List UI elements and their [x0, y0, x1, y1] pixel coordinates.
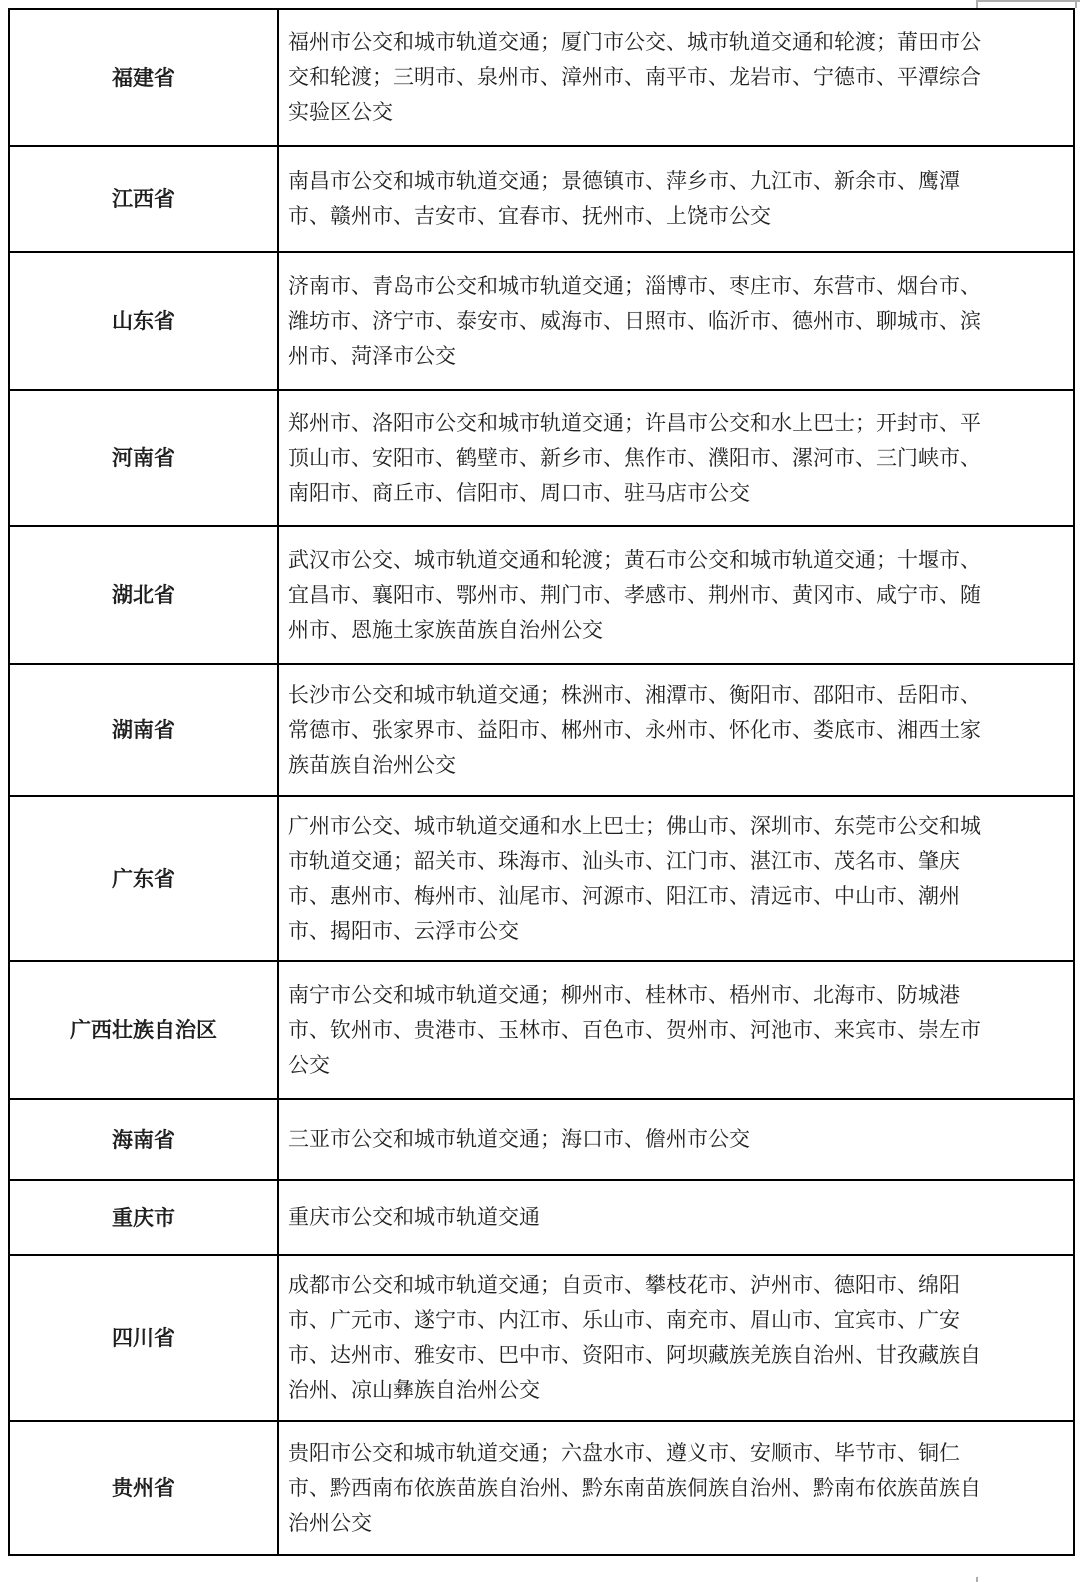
- province-cell: 福建省: [10, 10, 279, 145]
- coverage-text: 南昌市公交和城市轨道交通；景德镇市、萍乡市、九江市、新余市、鹰潭市、赣州市、吉安…: [288, 164, 987, 234]
- province-cell: 湖北省: [10, 527, 279, 663]
- coverage-cell: 南昌市公交和城市轨道交通；景德镇市、萍乡市、九江市、新余市、鹰潭市、赣州市、吉安…: [279, 147, 1073, 251]
- province-name: 福建省: [112, 63, 175, 93]
- coverage-cell: 贵阳市公交和城市轨道交通；六盘水市、遵义市、安顺市、毕节市、铜仁市、黔西南布依族…: [279, 1422, 1073, 1554]
- coverage-text: 贵阳市公交和城市轨道交通；六盘水市、遵义市、安顺市、毕节市、铜仁市、黔西南布依族…: [288, 1436, 987, 1541]
- province-name: 江西省: [112, 184, 175, 214]
- table-row: 四川省 成都市公交和城市轨道交通；自贡市、攀枝花市、泸州市、德阳市、绵阳市、广元…: [10, 1254, 1073, 1420]
- province-name: 广东省: [112, 864, 175, 894]
- province-cell: 重庆市: [10, 1181, 279, 1254]
- province-name: 河南省: [112, 443, 175, 473]
- province-cell: 贵州省: [10, 1422, 279, 1554]
- table-row: 福建省 福州市公交和城市轨道交通；厦门市公交、城市轨道交通和轮渡；莆田市公交和轮…: [10, 10, 1073, 145]
- coverage-cell: 成都市公交和城市轨道交通；自贡市、攀枝花市、泸州市、德阳市、绵阳市、广元市、遂宁…: [279, 1256, 1073, 1420]
- coverage-text: 福州市公交和城市轨道交通；厦门市公交、城市轨道交通和轮渡；莆田市公交和轮渡；三明…: [288, 25, 987, 130]
- cropped-cell-border-top-left: [976, 0, 978, 8]
- table-row: 山东省 济南市、青岛市公交和城市轨道交通；淄博市、枣庄市、东营市、烟台市、潍坊市…: [10, 251, 1073, 389]
- province-name: 四川省: [112, 1323, 175, 1353]
- province-cell: 广西壮族自治区: [10, 962, 279, 1098]
- coverage-text: 广州市公交、城市轨道交通和水上巴士；佛山市、深圳市、东莞市公交和城市轨道交通；韶…: [288, 809, 987, 949]
- table-row: 贵州省 贵阳市公交和城市轨道交通；六盘水市、遵义市、安顺市、毕节市、铜仁市、黔西…: [10, 1420, 1073, 1554]
- table-row: 重庆市 重庆市公交和城市轨道交通: [10, 1179, 1073, 1254]
- province-name: 重庆市: [112, 1203, 175, 1233]
- coverage-cell: 济南市、青岛市公交和城市轨道交通；淄博市、枣庄市、东营市、烟台市、潍坊市、济宁市…: [279, 253, 1073, 389]
- coverage-text: 武汉市公交、城市轨道交通和轮渡；黄石市公交和城市轨道交通；十堰市、宜昌市、襄阳市…: [288, 543, 987, 648]
- coverage-cell: 武汉市公交、城市轨道交通和轮渡；黄石市公交和城市轨道交通；十堰市、宜昌市、襄阳市…: [279, 527, 1073, 663]
- cropped-cell-border-bottom: [976, 1577, 978, 1582]
- province-name: 湖南省: [112, 715, 175, 745]
- province-name: 山东省: [112, 306, 175, 336]
- province-name: 海南省: [112, 1125, 175, 1155]
- coverage-cell: 福州市公交和城市轨道交通；厦门市公交、城市轨道交通和轮渡；莆田市公交和轮渡；三明…: [279, 10, 1073, 145]
- table-row: 河南省 郑州市、洛阳市公交和城市轨道交通；许昌市公交和水上巴士；开封市、平顶山市…: [10, 389, 1073, 525]
- table-row: 湖南省 长沙市公交和城市轨道交通；株洲市、湘潭市、衡阳市、邵阳市、岳阳市、常德市…: [10, 663, 1073, 795]
- coverage-text: 三亚市公交和城市轨道交通；海口市、儋州市公交: [288, 1122, 750, 1157]
- coverage-text: 南宁市公交和城市轨道交通；柳州市、桂林市、梧州市、北海市、防城港市、钦州市、贵港…: [288, 978, 987, 1083]
- province-cell: 海南省: [10, 1100, 279, 1179]
- table-row: 广东省 广州市公交、城市轨道交通和水上巴士；佛山市、深圳市、东莞市公交和城市轨道…: [10, 795, 1073, 960]
- province-cell: 四川省: [10, 1256, 279, 1420]
- cropped-cell-border-top-right: [1075, 0, 1077, 8]
- coverage-cell: 广州市公交、城市轨道交通和水上巴士；佛山市、深圳市、东莞市公交和城市轨道交通；韶…: [279, 797, 1073, 960]
- coverage-cell: 重庆市公交和城市轨道交通: [279, 1181, 1073, 1254]
- coverage-cell: 郑州市、洛阳市公交和城市轨道交通；许昌市公交和水上巴士；开封市、平顶山市、安阳市…: [279, 391, 1073, 525]
- province-cell: 河南省: [10, 391, 279, 525]
- coverage-cell: 长沙市公交和城市轨道交通；株洲市、湘潭市、衡阳市、邵阳市、岳阳市、常德市、张家界…: [279, 665, 1073, 795]
- province-cell: 广东省: [10, 797, 279, 960]
- coverage-text: 长沙市公交和城市轨道交通；株洲市、湘潭市、衡阳市、邵阳市、岳阳市、常德市、张家界…: [288, 678, 987, 783]
- cropped-cell-border-top: [976, 0, 1080, 2]
- province-name: 贵州省: [112, 1473, 175, 1503]
- coverage-cell: 三亚市公交和城市轨道交通；海口市、儋州市公交: [279, 1100, 1073, 1179]
- coverage-text: 重庆市公交和城市轨道交通: [288, 1200, 540, 1235]
- table-row: 广西壮族自治区 南宁市公交和城市轨道交通；柳州市、桂林市、梧州市、北海市、防城港…: [10, 960, 1073, 1098]
- coverage-text: 成都市公交和城市轨道交通；自贡市、攀枝花市、泸州市、德阳市、绵阳市、广元市、遂宁…: [288, 1268, 987, 1408]
- coverage-cell: 南宁市公交和城市轨道交通；柳州市、桂林市、梧州市、北海市、防城港市、钦州市、贵港…: [279, 962, 1073, 1098]
- province-cell: 江西省: [10, 147, 279, 251]
- coverage-text: 郑州市、洛阳市公交和城市轨道交通；许昌市公交和水上巴士；开封市、平顶山市、安阳市…: [288, 406, 987, 511]
- province-name: 湖北省: [112, 580, 175, 610]
- table-row: 湖北省 武汉市公交、城市轨道交通和轮渡；黄石市公交和城市轨道交通；十堰市、宜昌市…: [10, 525, 1073, 663]
- table-row: 海南省 三亚市公交和城市轨道交通；海口市、儋州市公交: [10, 1098, 1073, 1179]
- table-row: 江西省 南昌市公交和城市轨道交通；景德镇市、萍乡市、九江市、新余市、鹰潭市、赣州…: [10, 145, 1073, 251]
- province-cell: 湖南省: [10, 665, 279, 795]
- transit-coverage-table: 福建省 福州市公交和城市轨道交通；厦门市公交、城市轨道交通和轮渡；莆田市公交和轮…: [8, 8, 1075, 1556]
- province-cell: 山东省: [10, 253, 279, 389]
- province-name: 广西壮族自治区: [70, 1015, 217, 1045]
- coverage-text: 济南市、青岛市公交和城市轨道交通；淄博市、枣庄市、东营市、烟台市、潍坊市、济宁市…: [288, 269, 987, 374]
